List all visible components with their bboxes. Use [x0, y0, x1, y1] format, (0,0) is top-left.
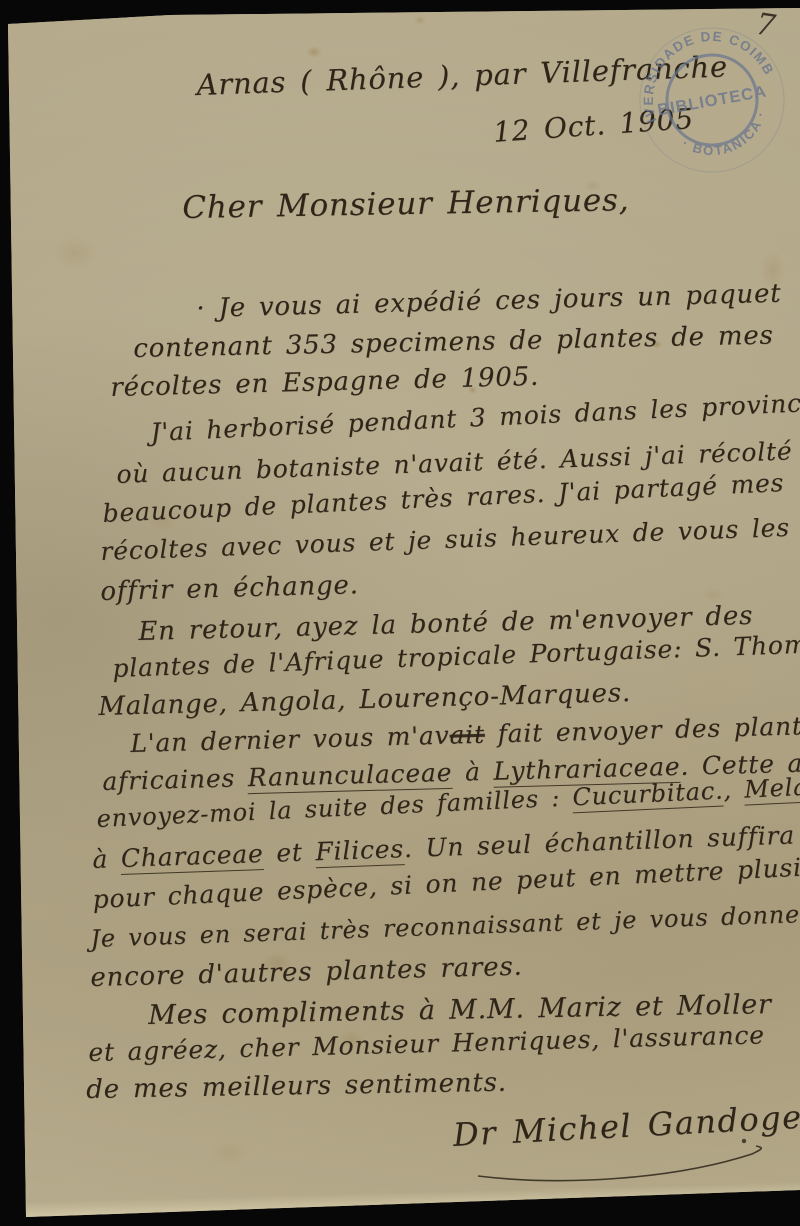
line-text: contenant 353 specimens de plantes de me…: [133, 321, 774, 364]
scanned-letter-screen: Arnas ( Rhône ), par Villefranche 12 Oct…: [0, 0, 800, 1226]
line-text: à: [92, 844, 121, 874]
stamp-arc-bottom-text: · BOTANICA ·: [676, 104, 778, 172]
underlined-taxon: Melastom.: [744, 769, 800, 805]
line-text: encore d'autres plantes rares.: [90, 952, 523, 993]
letter-line: encore d'autres plantes rares.: [90, 952, 523, 993]
line-text: à: [452, 757, 494, 787]
stain-spot: [702, 588, 724, 602]
letter-line: de mes meilleurs sentiments.: [86, 1068, 507, 1105]
line-text: africaines: [102, 763, 248, 796]
stamp-center-text: BIBLIOTECA: [656, 82, 768, 119]
line-text: et: [263, 837, 316, 868]
letter-line: · Je vous ai expédié ces jours un paquet: [196, 279, 782, 324]
library-stamp: UNIVERSIDADE DE COIMBRA · BOTANICA · BIB…: [624, 12, 799, 187]
svg-text:· BOTANICA ·: · BOTANICA ·: [676, 104, 778, 172]
letter-page: Arnas ( Rhône ), par Villefranche 12 Oct…: [0, 0, 800, 1226]
line-text: L'an dernier vous m'av: [130, 721, 450, 758]
line-text: · Je vous ai expédié ces jours un paquet: [196, 279, 782, 324]
stain-spot: [306, 46, 322, 58]
underlined-taxon: Cucurbitac.: [572, 777, 724, 814]
signature: Dr Michel Gandoger: [452, 1097, 800, 1154]
salutation: Cher Monsieur Henriques,: [182, 182, 630, 226]
line-text: ,: [723, 776, 745, 805]
line-text: de mes meilleurs sentiments.: [86, 1068, 507, 1105]
struck-word: ait: [449, 720, 485, 750]
underlined-taxon: Characeae: [120, 839, 264, 875]
line-text: fait envoyer des plantes: [484, 711, 800, 749]
letter-line: contenant 353 specimens de plantes de me…: [133, 321, 774, 364]
underlined-taxon: Ranunculaceae: [247, 758, 452, 794]
line-text: Malange, Angola, Lourenço-Marques.: [98, 678, 631, 722]
line-text: offrir en échange.: [100, 570, 359, 607]
underlined-taxon: Filices: [315, 834, 405, 868]
stain-spot: [210, 1140, 250, 1166]
line-text: récoltes en Espagne de 1905.: [110, 362, 539, 403]
stain-spot: [52, 236, 98, 270]
paper-bottom-edge: [18, 1182, 800, 1219]
letter-line: offrir en échange.: [100, 570, 359, 607]
letter-line: récoltes en Espagne de 1905.: [110, 362, 539, 403]
stain-spot: [414, 16, 426, 25]
letter-line: Malange, Angola, Lourenço-Marques.: [98, 678, 631, 722]
